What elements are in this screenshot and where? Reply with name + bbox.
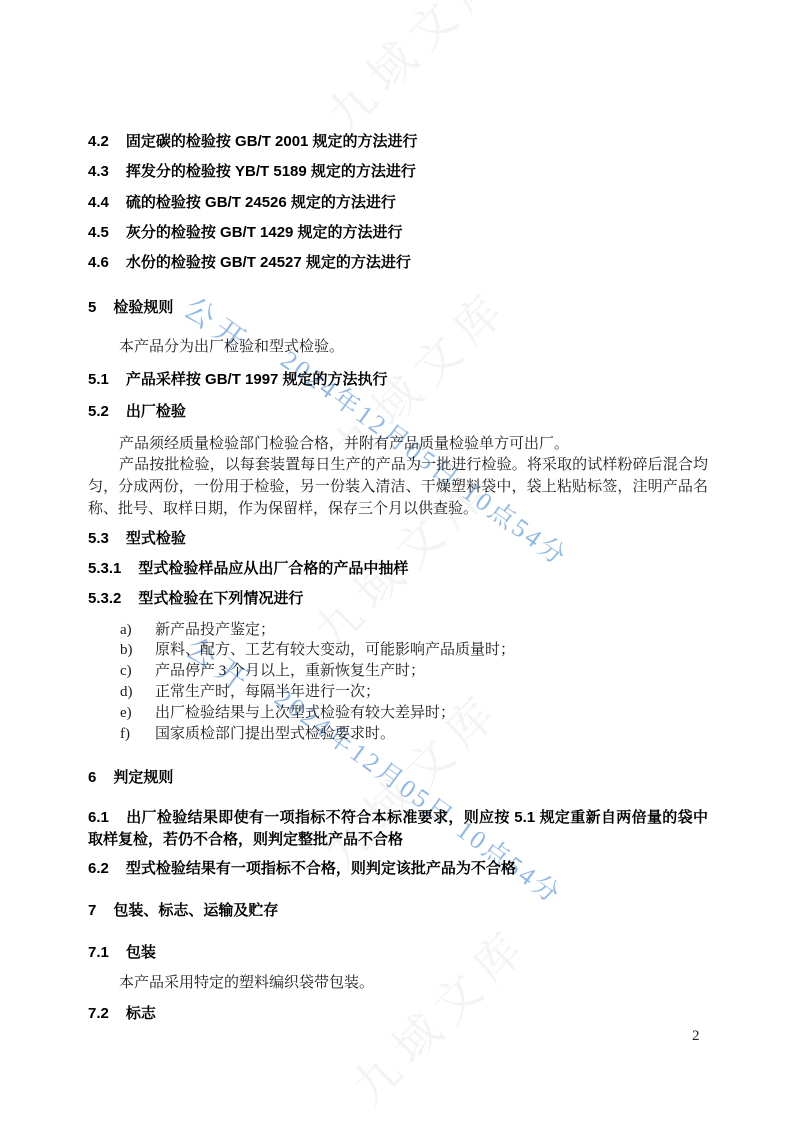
section-number: 5.3.1 [88, 560, 121, 577]
section-number: 5.1 [88, 371, 109, 388]
section-number: 5.2 [88, 403, 109, 420]
list-item: c)产品停产 3 个月以上，重新恢复生产时； [120, 661, 708, 682]
section-number: 5.3.2 [88, 590, 121, 607]
list-item-text: 新产品投产鉴定； [155, 622, 275, 638]
section-text: 标志 [126, 1005, 156, 1022]
section-text: 挥发分的检验按 YB/T 5189 规定的方法进行 [126, 163, 416, 180]
list-item-label: c) [120, 661, 142, 682]
list-item-label: b) [120, 640, 142, 661]
section-text: 固定碳的检验按 GB/T 2001 规定的方法进行 [126, 133, 418, 150]
section-text: 出厂检验 [126, 403, 186, 420]
section-number: 5.3 [88, 530, 109, 547]
section-heading-6-2: 6.2型式检验结果有一项指标不合格，则判定该批产品为不合格 [88, 858, 708, 879]
condition-list: a)新产品投产鉴定； b)原料、配方、工艺有较大变动，可能影响产品质量时； c)… [88, 620, 708, 745]
section-text: 包装、标志、运输及贮存 [113, 902, 278, 919]
page-number: 2 [692, 1028, 700, 1045]
section-text: 判定规则 [113, 769, 173, 786]
section-number: 7 [88, 902, 96, 919]
section-heading-7-2: 7.2标志 [88, 1003, 708, 1024]
section-number: 6 [88, 769, 96, 786]
section-heading-6-1: 6.1出厂检验结果即使有一项指标不符合本标准要求，则应按 5.1 规定重新自两倍… [88, 807, 708, 850]
section-heading-5-1: 5.1产品采样按 GB/T 1997 规定的方法执行 [88, 369, 708, 390]
section-number: 7.1 [88, 944, 109, 961]
section-number: 4.5 [88, 224, 109, 241]
section-heading-5-3: 5.3型式检验 [88, 528, 708, 549]
list-item: d)正常生产时，每隔半年进行一次； [120, 682, 708, 703]
section-heading-4-2: 4.2固定碳的检验按 GB/T 2001 规定的方法进行 [88, 131, 708, 152]
section-number: 5 [88, 299, 96, 316]
paragraph: 产品按批检验，以每套装置每日生产的产品为一批进行检验。将采取的试样粉碎后混合均匀… [88, 455, 708, 520]
section-number: 4.2 [88, 133, 109, 150]
list-item: a)新产品投产鉴定； [120, 620, 708, 641]
section-heading-5-3-2: 5.3.2型式检验在下列情况进行 [88, 588, 708, 609]
section-heading-7-1: 7.1包装 [88, 942, 708, 963]
section-text: 检验规则 [113, 299, 173, 316]
section-number: 4.4 [88, 194, 109, 211]
section-heading-4-6: 4.6水份的检验按 GB/T 24527 规定的方法进行 [88, 252, 708, 273]
section-number: 4.3 [88, 163, 109, 180]
list-item: b)原料、配方、工艺有较大变动，可能影响产品质量时； [120, 640, 708, 661]
list-item-text: 国家质检部门提出型式检验要求时。 [155, 726, 395, 742]
section-text: 型式检验在下列情况进行 [138, 590, 303, 607]
section-heading-6: 6判定规则 [88, 767, 708, 788]
list-item: e)出厂检验结果与上次型式检验有较大差异时； [120, 703, 708, 724]
list-item-label: a) [120, 620, 142, 641]
section-text: 型式检验 [126, 530, 186, 547]
section-heading-7: 7包装、标志、运输及贮存 [88, 900, 708, 921]
section-text: 灰分的检验按 GB/T 1429 规定的方法进行 [126, 224, 403, 241]
document-content: 4.2固定碳的检验按 GB/T 2001 规定的方法进行 4.3挥发分的检验按 … [88, 131, 708, 1024]
list-item-text: 产品停产 3 个月以上，重新恢复生产时； [155, 663, 425, 679]
section-text: 出厂检验结果即使有一项指标不符合本标准要求，则应按 5.1 规定重新自两倍量的袋… [88, 809, 708, 848]
section-number: 7.2 [88, 1005, 109, 1022]
list-item-label: e) [120, 703, 142, 724]
section-number: 6.1 [88, 809, 109, 826]
section-text: 型式检验样品应从出厂合格的产品中抽样 [138, 560, 408, 577]
list-item-label: f) [120, 724, 142, 745]
section-heading-4-4: 4.4硫的检验按 GB/T 24526 规定的方法进行 [88, 192, 708, 213]
section-text: 水份的检验按 GB/T 24527 规定的方法进行 [126, 254, 411, 271]
section-text: 包装 [126, 944, 156, 961]
paragraph: 产品须经质量检验部门检验合格，并附有产品质量检验单方可出厂。 [88, 434, 708, 456]
section-text: 产品采样按 GB/T 1997 规定的方法执行 [126, 371, 388, 388]
section-text: 型式检验结果有一项指标不合格，则判定该批产品为不合格 [126, 860, 516, 877]
document-page: 九域文库 九域文库 九域文库 九域文库 九域文库 公开 2024年12月05日 … [0, 0, 793, 1122]
list-item-text: 原料、配方、工艺有较大变动，可能影响产品质量时； [155, 642, 515, 658]
section-number: 6.2 [88, 860, 109, 877]
section-heading-5-3-1: 5.3.1型式检验样品应从出厂合格的产品中抽样 [88, 558, 708, 579]
list-item-label: d) [120, 682, 142, 703]
watermark-brand: 九域文库 [310, 0, 518, 145]
section-heading-4-5: 4.5灰分的检验按 GB/T 1429 规定的方法进行 [88, 222, 708, 243]
section-text: 硫的检验按 GB/T 24526 规定的方法进行 [126, 194, 396, 211]
section-heading-5: 5检验规则 [88, 297, 708, 318]
list-item: f)国家质检部门提出型式检验要求时。 [120, 724, 708, 745]
list-item-text: 正常生产时，每隔半年进行一次； [155, 684, 380, 700]
paragraph: 本产品采用特定的塑料编织袋带包装。 [88, 973, 708, 995]
section-heading-5-2: 5.2出厂检验 [88, 401, 708, 422]
section-heading-4-3: 4.3挥发分的检验按 YB/T 5189 规定的方法进行 [88, 161, 708, 182]
list-item-text: 出厂检验结果与上次型式检验有较大差异时； [155, 705, 455, 721]
section-number: 4.6 [88, 254, 109, 271]
paragraph: 本产品分为出厂检验和型式检验。 [88, 337, 708, 359]
